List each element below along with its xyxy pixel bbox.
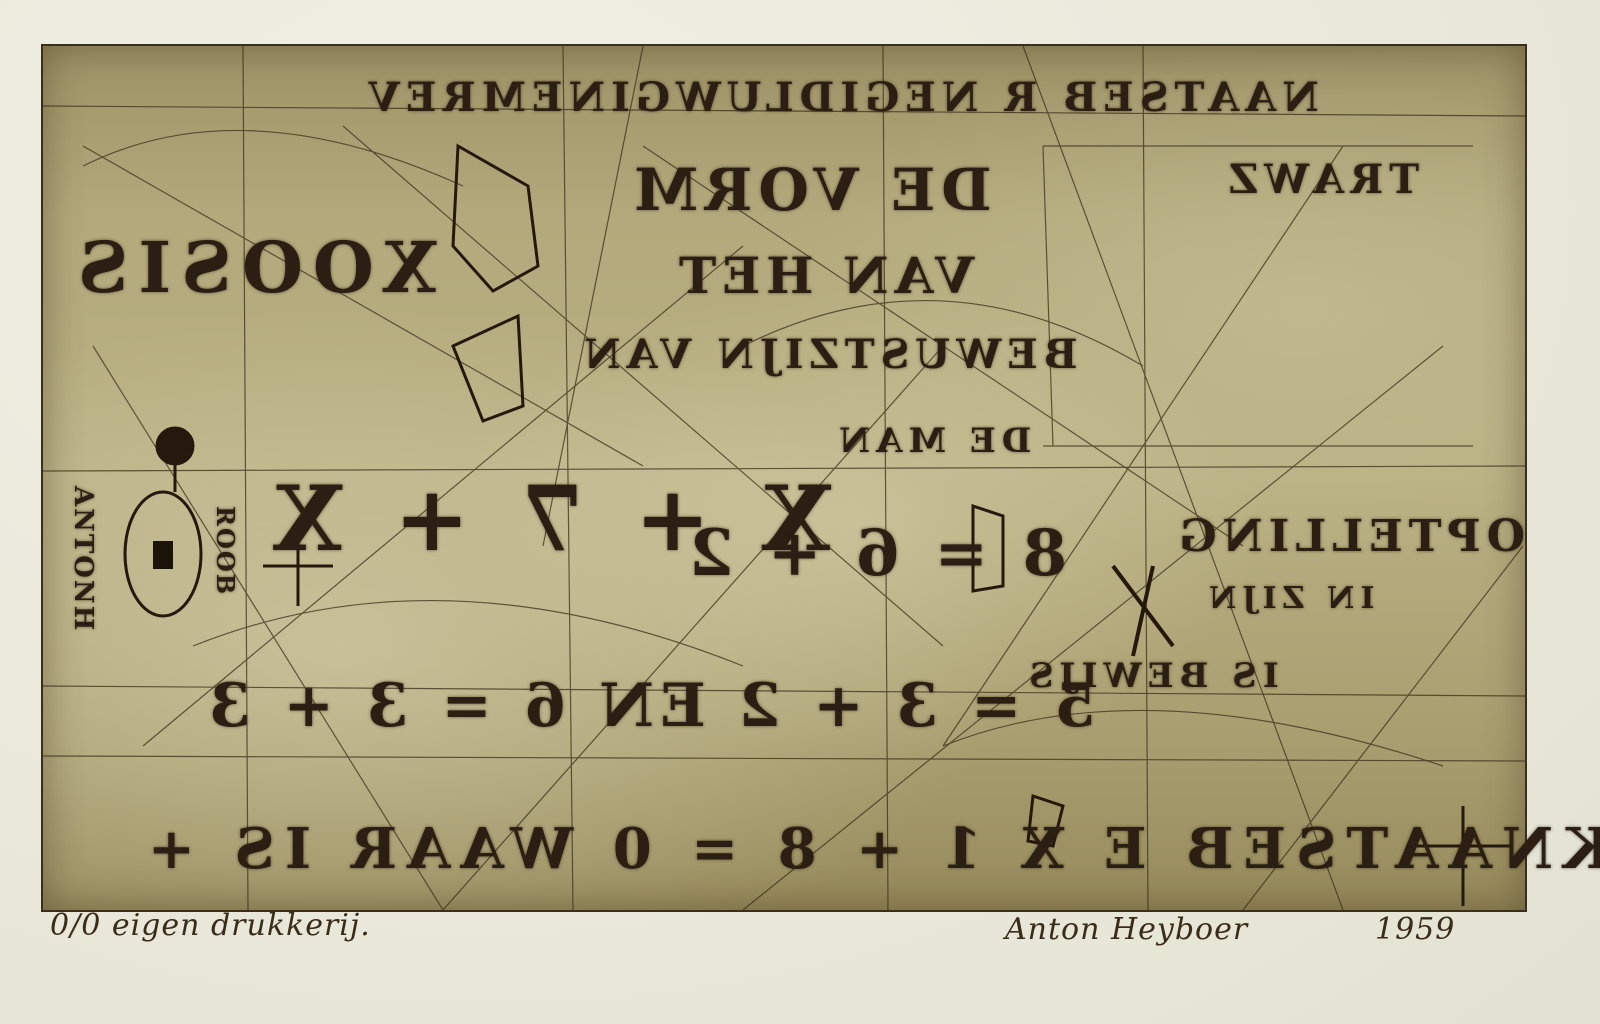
etching-plate: NAATSEB R NEGIDLUWGINEMREV DE VORM VAN H… — [41, 44, 1527, 912]
inscription-left-big: XOOSIS — [68, 226, 437, 309]
inscription-bottom-row: KNAATSEB E X 1 + 8 = 0 WAAR IS + — [138, 816, 1600, 882]
inscription-optelling: OPTELLING — [1173, 511, 1525, 562]
inscription-equation-row: 5 = 3 + 2 EN 6 = 3 + 3 — [203, 671, 1096, 741]
inscription-right-top: TRAWZ — [1223, 156, 1419, 203]
inscription-de-vorm: DE VORM — [628, 156, 992, 224]
inscription-top-row: NAATSEB R NEGIDLUWGINEMREV — [363, 74, 1319, 121]
inscription-van-het: VAN HET — [673, 246, 974, 305]
margin-annotation-left: 0/0 eigen drukkerij. — [50, 908, 371, 943]
inscription-equation-center: 8 = 6 + 2 — [683, 516, 1067, 591]
inscription-bewustzijn: BEWUSTZIJN VAN — [578, 331, 1078, 378]
inscription-in-zijn: IN ZIJN — [1203, 581, 1374, 616]
inscription-left-vertical: ANTONH — [68, 486, 98, 632]
inscription-left-vertical-2: ROOB — [211, 506, 240, 596]
artist-signature: Anton Heyboer — [1005, 912, 1248, 947]
artwork-year: 1959 — [1375, 912, 1455, 947]
inscription-de-man: DE MAN — [833, 421, 1031, 461]
